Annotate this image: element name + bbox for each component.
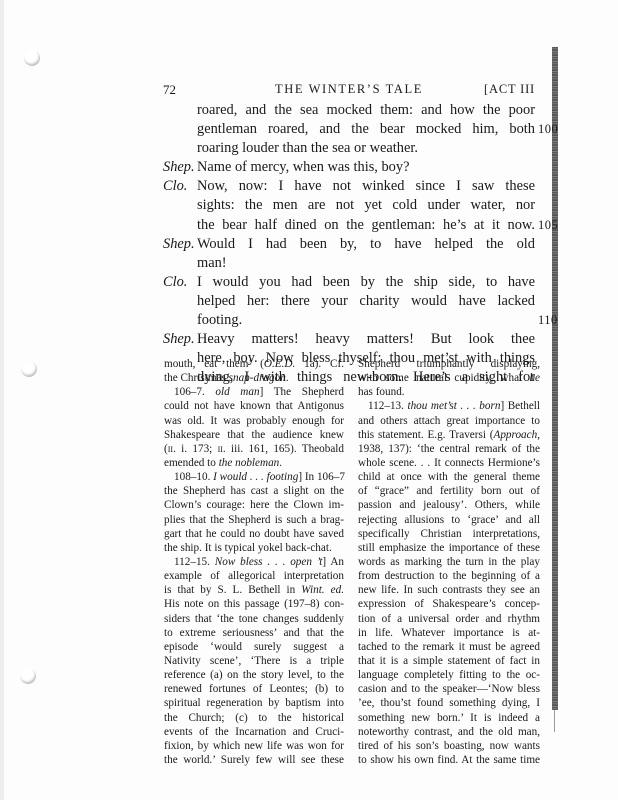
punch-hole-top	[24, 50, 40, 66]
footnote-line: tached to the remark it must be agreed	[358, 640, 540, 654]
verse-text: roaring louder than the sea or weather.	[197, 139, 535, 158]
speaker-name: Clo.	[163, 177, 187, 196]
footnote-line: passion and jealousy’. Others, while	[358, 498, 540, 512]
verse-line: the bear half dined on the gentleman: he…	[163, 216, 535, 235]
footnote-line: example of allegorical interpretation	[164, 569, 344, 583]
footnote-line: was old. It was probably enough for	[164, 414, 344, 428]
footnote-line: 112–13. thou met’st . . . born] Bethell	[358, 399, 540, 413]
line-number: 100	[538, 120, 558, 139]
footnote-line: has found.	[358, 385, 540, 399]
punch-hole-bottom	[20, 668, 36, 684]
line-number: 110	[538, 311, 558, 330]
footnote-line: 1938, 137): ‘the central remark of the	[358, 442, 540, 456]
footnote-line: that it is a simple statement of fact in	[358, 654, 540, 668]
footnote-line: casion and to the speaker—‘Now bless	[358, 682, 540, 696]
footnote-line: this statement. E.g. Traversi (Approach,	[358, 428, 540, 442]
footnote-line: language completely fitting to the oc-	[358, 668, 540, 682]
verse-text: man!	[197, 254, 535, 273]
footnote-line: Shakespeare that the audience knew	[164, 428, 344, 442]
footnote-line: Nativity scene’, ‘There is a triple	[164, 654, 344, 668]
verse-line: Shep.Would I had been by, to have helped…	[163, 235, 535, 254]
footnote-line: words as marking the turn in the play	[358, 555, 540, 569]
verse-line: sights: the men are not yet cold under w…	[163, 196, 535, 215]
footnote-line: the ship. It is typical yokel back-chat.	[164, 541, 344, 555]
verse-text: roared, and the sea mocked them: and how…	[197, 101, 535, 120]
footnote-line: emended to the nobleman.	[164, 456, 344, 470]
footnote-line: the Church; (c) to the historical	[164, 711, 344, 725]
footnote-line: 106–7. old man] The Shepherd	[164, 385, 344, 399]
play-text: roared, and the sea mocked them: and how…	[163, 101, 535, 387]
footnote-line: whole scene. . . It connects Hermione’s	[358, 456, 540, 470]
verse-text: sights: the men are not yet cold under w…	[197, 196, 535, 215]
act-label: [ACT III	[484, 82, 535, 97]
scanned-book-page: 72 THE WINTER’S TALE [ACT III roared, an…	[0, 0, 618, 800]
footnote-line: (ii. i. 173; ii. iii. 161, 165). Theobal…	[164, 442, 344, 456]
footnote-line: ’ee, thou’st found something dying, I	[358, 696, 540, 710]
footnote-line: mouth, eat them’ (O.E.D. 1a). Cf.	[164, 357, 344, 371]
footnote-line: is that by S. L. Bethell in Wint. ed.	[164, 583, 344, 597]
footnote-line: events of the Incarnation and Cruci-	[164, 725, 344, 739]
verse-line: roaring louder than the sea or weather.	[163, 139, 535, 158]
verse-text: the bear half dined on the gentleman: he…	[197, 216, 535, 235]
footnote-line: plies that the Shepherd is such a brag-	[164, 513, 344, 527]
book-binding-edge	[552, 47, 558, 710]
line-number: 105	[538, 216, 558, 235]
speaker-name: Shep.	[163, 330, 195, 349]
footnote-line: rejecting allusions to ‘grace’ and all	[358, 513, 540, 527]
verse-text: Would I had been by, to have helped the …	[197, 235, 535, 254]
verse-line: Clo.I would you had been by the ship sid…	[163, 273, 535, 292]
footnote-line: child at once with the general theme	[358, 470, 540, 484]
footnote-line: still emphasize the importance of these	[358, 541, 540, 555]
page-edge-shadow	[0, 0, 4, 800]
footnotes-right-column: Shepherd triumphantly displaying,with so…	[358, 357, 540, 767]
verse-text: gentleman roared, and the bear mocked hi…	[197, 120, 535, 139]
footnote-line: siders that ‘the tone changes suddenly	[164, 612, 344, 626]
verse-line: Shep.Heavy matters! heavy matters! But l…	[163, 330, 535, 349]
footnote-line: tion of a universal order and rhythm	[358, 612, 540, 626]
footnote-line: and others attach great importance to	[358, 414, 540, 428]
running-head: 72 THE WINTER’S TALE [ACT III	[163, 82, 535, 98]
footnote-line: expression of Shakespeare’s concep-	[358, 597, 540, 611]
verse-line: Shep.Name of mercy, when was this, boy?	[163, 158, 535, 177]
speaker-name: Shep.	[163, 235, 195, 254]
footnote-line: reference (a) on the story level, to the	[164, 668, 344, 682]
verse-text: helped her: there your charity would hav…	[197, 292, 535, 311]
footnote-line: spiritual regeneration by baptism into	[164, 696, 344, 710]
footnote-line: specifically Christian interpretations,	[358, 527, 540, 541]
verse-line: gentleman roared, and the bear mocked hi…	[163, 120, 535, 139]
footnote-line: His note on this passage (197–8) con-	[164, 597, 344, 611]
book-binding-edge-tail	[554, 710, 555, 732]
footnote-line: the world.’ Surely few will see these	[164, 753, 344, 767]
footnote-line: noteworthy contrast, and the old man,	[358, 725, 540, 739]
footnote-line: the Christmas snap-dragon.	[164, 371, 344, 385]
footnote-line: could not have known that Antigonus	[164, 399, 344, 413]
verse-line: roared, and the sea mocked them: and how…	[163, 101, 535, 120]
footnote-line: in life. Whatever importance is at-	[358, 626, 540, 640]
footnote-line: fixion, by which new life was won for	[164, 739, 344, 753]
footnote-line: 112–15. Now bless . . . open ’t] An	[164, 555, 344, 569]
verse-text: Heavy matters! heavy matters! But look t…	[197, 330, 535, 349]
footnote-line: tired of his son’s boasting, now wants	[358, 739, 540, 753]
footnote-line: to extreme seriousness’ and that the	[164, 626, 344, 640]
footnote-line: gart that he could no doubt have saved	[164, 527, 344, 541]
verse-line: helped her: there your charity would hav…	[163, 292, 535, 311]
verse-text: footing.	[197, 311, 535, 330]
footnote-line: to show his own find. At the same time	[358, 753, 540, 767]
verse-line: Clo.Now, now: I have not winked since I …	[163, 177, 535, 196]
verse-line: footing.110	[163, 311, 535, 330]
verse-text: I would you had been by the ship side, t…	[197, 273, 535, 292]
footnote-line: the Shepherd has cast a slight on the	[164, 484, 344, 498]
speaker-name: Clo.	[163, 273, 187, 292]
footnote-line: Shepherd triumphantly displaying,	[358, 357, 540, 371]
speaker-name: Shep.	[163, 158, 195, 177]
footnote-line: episode ‘would surely suggest a	[164, 640, 344, 654]
verse-line: man!	[163, 254, 535, 273]
punch-hole-middle	[21, 361, 37, 377]
footnote-line: Clown’s courage: here the Clown im-	[164, 498, 344, 512]
footnote-line: renewed fortunes of Leontes; (b) to	[164, 682, 344, 696]
footnote-line: something new born.’ It is indeed a	[358, 711, 540, 725]
footnote-line: new life. In such contrasts they see an	[358, 583, 540, 597]
verse-text: Now, now: I have not winked since I saw …	[197, 177, 535, 196]
footnote-line: 108–10. I would . . . footing] In 106–7	[164, 470, 344, 484]
footnotes-left-column: mouth, eat them’ (O.E.D. 1a). Cf.the Chr…	[164, 357, 344, 767]
verse-text: Name of mercy, when was this, boy?	[197, 158, 535, 177]
running-title: THE WINTER’S TALE	[163, 82, 535, 97]
footnote-line: from destruction to the beginning of a	[358, 569, 540, 583]
footnote-line: with some natural cupidity, what he	[358, 371, 540, 385]
footnote-line: of “grace” and fertility born out of	[358, 484, 540, 498]
